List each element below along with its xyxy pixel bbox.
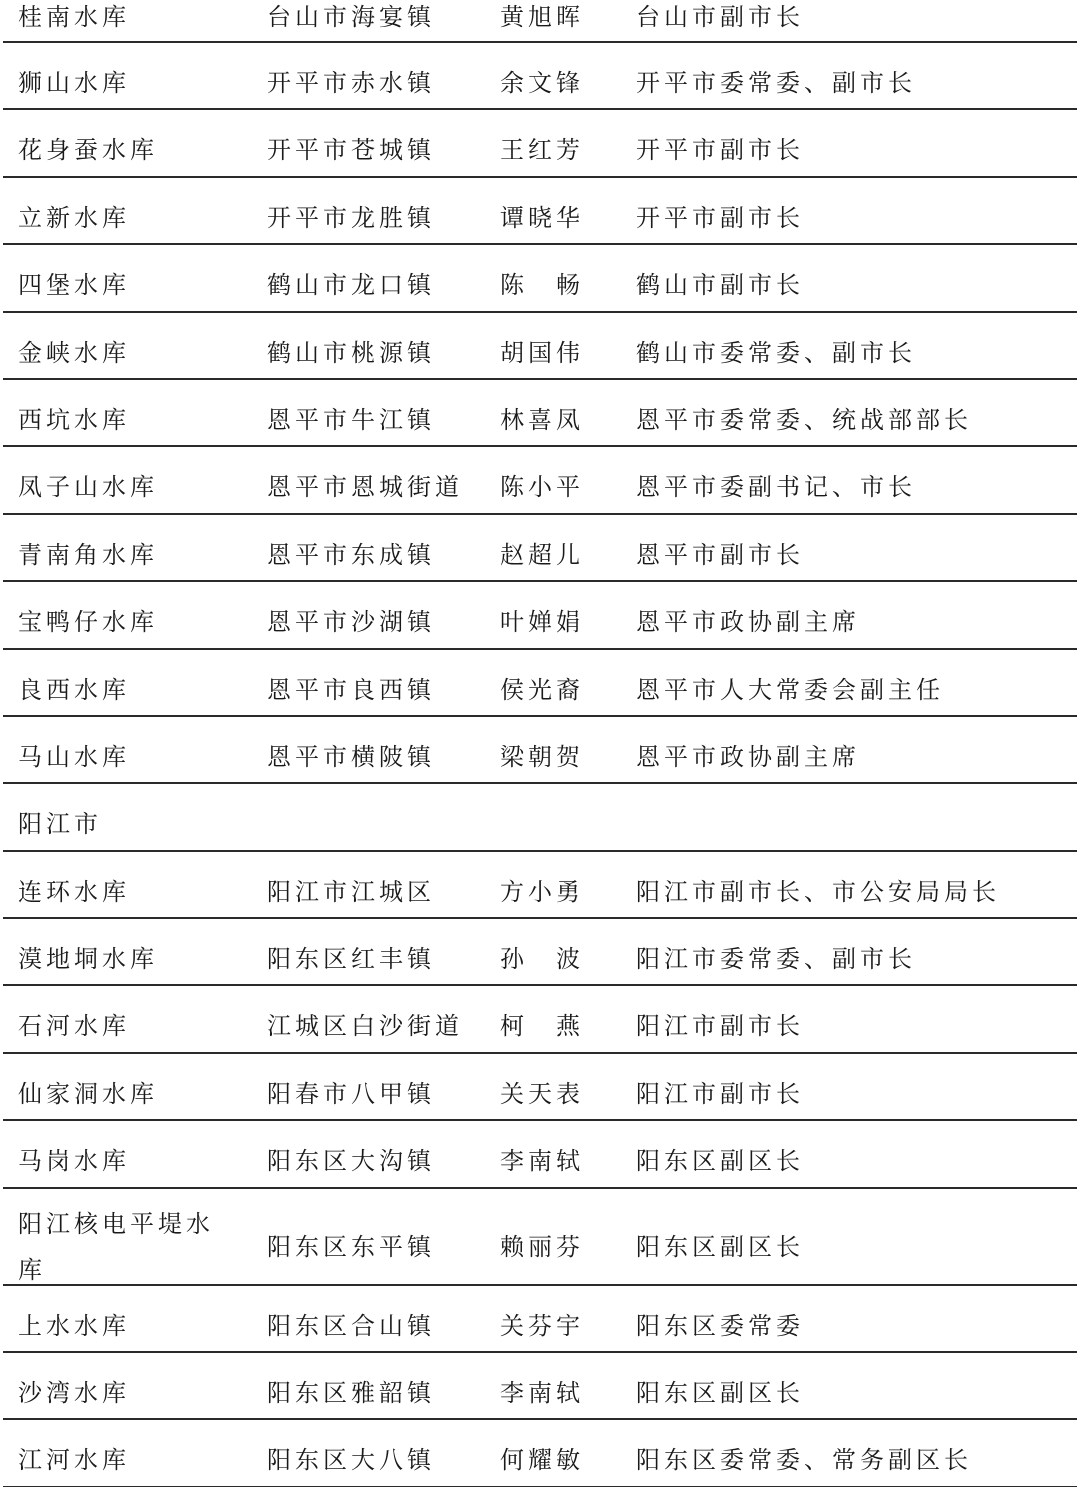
responsible-person: 赖丽芬 [500, 1235, 584, 1259]
table-row: 立新水库 开平市龙胜镇 谭晓华 开平市副市长 [3, 178, 1077, 245]
position-title: 阳江市副市长、市公安局局长 [636, 880, 1000, 904]
table-row: 连环水库 阳江市江城区 方小勇 阳江市副市长、市公安局局长 [3, 852, 1077, 919]
reservoir-name: 西坑水库 [18, 408, 130, 432]
table-row: 石河水库 江城区白沙街道 柯 燕 阳江市副市长 [3, 986, 1077, 1053]
reservoir-name: 凤子山水库 [18, 475, 158, 499]
responsible-person: 王红芳 [500, 138, 584, 162]
table-row: 狮山水库 开平市赤水镇 余文锋 开平市委常委、副市长 [3, 43, 1077, 110]
table-row: 四堡水库 鹤山市龙口镇 陈 畅 鹤山市副市长 [3, 245, 1077, 312]
reservoir-name: 马山水库 [18, 745, 130, 769]
section-row-yangjiang: 阳江市 [3, 784, 1077, 851]
location: 开平市龙胜镇 [267, 206, 435, 230]
position-title: 阳江市副市长 [636, 1082, 804, 1106]
position-title: 阳东区委常委 [636, 1314, 804, 1338]
reservoir-name: 仙家洞水库 [18, 1082, 158, 1106]
reservoir-name: 青南角水库 [18, 543, 158, 567]
table-row: 凤子山水库 恩平市恩城街道 陈小平 恩平市委副书记、市长 [3, 447, 1077, 514]
reservoir-name: 石河水库 [18, 1014, 130, 1038]
responsible-person: 柯 燕 [500, 1014, 584, 1038]
location: 阳东区大沟镇 [267, 1149, 435, 1173]
location: 鹤山市桃源镇 [267, 341, 435, 365]
position-title: 鹤山市副市长 [636, 273, 804, 297]
location: 恩平市沙湖镇 [267, 610, 435, 634]
position-title: 恩平市政协副主席 [636, 745, 860, 769]
responsible-person: 梁朝贺 [500, 745, 584, 769]
table-row: 马岗水库 阳东区大沟镇 李南轼 阳东区副区长 [3, 1121, 1077, 1188]
position-title: 鹤山市委常委、副市长 [636, 341, 916, 365]
table-row: 花身蚕水库 开平市苍城镇 王红芳 开平市副市长 [3, 110, 1077, 177]
reservoir-name: 上水水库 [18, 1314, 130, 1338]
reservoir-name: 金峡水库 [18, 341, 130, 365]
responsible-person: 叶婵娟 [500, 610, 584, 634]
table-row: 桂南水库 台山市海宴镇 黄旭晖 台山市副市长 [3, 0, 1077, 43]
table-row: 良西水库 恩平市良西镇 侯光裔 恩平市人大常委会副主任 [3, 650, 1077, 717]
responsible-person: 陈小平 [500, 475, 584, 499]
position-title: 恩平市政协副主席 [636, 610, 860, 634]
responsible-person: 何耀敏 [500, 1448, 584, 1472]
responsible-person: 方小勇 [500, 880, 584, 904]
reservoir-name: 漠地垌水库 [18, 947, 158, 971]
location: 开平市苍城镇 [267, 138, 435, 162]
reservoir-name: 良西水库 [18, 678, 130, 702]
location: 阳东区红丰镇 [267, 947, 435, 971]
reservoir-name: 四堡水库 [18, 273, 130, 297]
position-title: 阳东区副区长 [636, 1235, 804, 1259]
location: 开平市赤水镇 [267, 71, 435, 95]
responsible-person: 李南轼 [500, 1149, 584, 1173]
reservoir-name: 花身蚕水库 [18, 138, 158, 162]
position-title: 开平市副市长 [636, 206, 804, 230]
responsible-person: 赵超儿 [500, 543, 584, 567]
responsible-person: 关芬宇 [500, 1314, 584, 1338]
table-row: 漠地垌水库 阳东区红丰镇 孙 波 阳江市委常委、副市长 [3, 919, 1077, 986]
responsible-person: 侯光裔 [500, 678, 584, 702]
section-heading: 阳江市 [18, 812, 102, 836]
position-title: 恩平市委常委、统战部部长 [636, 408, 972, 432]
position-title: 恩平市副市长 [636, 543, 804, 567]
reservoir-responsibility-table: 桂南水库 台山市海宴镇 黄旭晖 台山市副市长 狮山水库 开平市赤水镇 余文锋 开… [3, 0, 1077, 1487]
table-row: 上水水库 阳东区合山镇 关芬宇 阳东区委常委 [3, 1286, 1077, 1353]
position-title: 台山市副市长 [636, 5, 804, 29]
table-row: 仙家洞水库 阳春市八甲镇 关天表 阳江市副市长 [3, 1054, 1077, 1121]
location: 恩平市横陂镇 [267, 745, 435, 769]
table-row: 马山水库 恩平市横陂镇 梁朝贺 恩平市政协副主席 [3, 717, 1077, 784]
location: 台山市海宴镇 [267, 5, 435, 29]
reservoir-name: 阳江核电平堤水库 [18, 1201, 228, 1293]
location: 阳春市八甲镇 [267, 1082, 435, 1106]
responsible-person: 余文锋 [500, 71, 584, 95]
position-title: 阳东区副区长 [636, 1381, 804, 1405]
location: 阳江市江城区 [267, 880, 435, 904]
reservoir-name: 江河水库 [18, 1448, 130, 1472]
table-row: 沙湾水库 阳东区雅韶镇 李南轼 阳东区副区长 [3, 1353, 1077, 1420]
table-row: 江河水库 阳东区大八镇 何耀敏 阳东区委常委、常务副区长 [3, 1420, 1077, 1487]
responsible-person: 林喜凤 [500, 408, 584, 432]
reservoir-name: 沙湾水库 [18, 1381, 130, 1405]
reservoir-name: 狮山水库 [18, 71, 130, 95]
table-row: 阳江核电平堤水库 阳东区东平镇 赖丽芬 阳东区副区长 [3, 1189, 1077, 1286]
location: 阳东区雅韶镇 [267, 1381, 435, 1405]
reservoir-name: 宝鸭仔水库 [18, 610, 158, 634]
reservoir-name: 连环水库 [18, 880, 130, 904]
reservoir-name: 桂南水库 [18, 5, 130, 29]
location: 鹤山市龙口镇 [267, 273, 435, 297]
responsible-person: 黄旭晖 [500, 5, 584, 29]
position-title: 阳东区副区长 [636, 1149, 804, 1173]
responsible-person: 胡国伟 [500, 341, 584, 365]
location: 恩平市恩城街道 [267, 475, 463, 499]
location: 阳东区合山镇 [267, 1314, 435, 1338]
location: 阳东区大八镇 [267, 1448, 435, 1472]
location: 阳东区东平镇 [267, 1235, 435, 1259]
location: 江城区白沙街道 [267, 1014, 463, 1038]
location: 恩平市牛江镇 [267, 408, 435, 432]
responsible-person: 谭晓华 [500, 206, 584, 230]
position-title: 开平市副市长 [636, 138, 804, 162]
position-title: 阳江市委常委、副市长 [636, 947, 916, 971]
table-row: 金峡水库 鹤山市桃源镇 胡国伟 鹤山市委常委、副市长 [3, 313, 1077, 380]
table-row: 青南角水库 恩平市东成镇 赵超儿 恩平市副市长 [3, 515, 1077, 582]
position-title: 开平市委常委、副市长 [636, 71, 916, 95]
location: 恩平市东成镇 [267, 543, 435, 567]
responsible-person: 陈 畅 [500, 273, 584, 297]
responsible-person: 孙 波 [500, 947, 584, 971]
table-row: 西坑水库 恩平市牛江镇 林喜凤 恩平市委常委、统战部部长 [3, 380, 1077, 447]
position-title: 阳江市副市长 [636, 1014, 804, 1038]
table-row: 宝鸭仔水库 恩平市沙湖镇 叶婵娟 恩平市政协副主席 [3, 582, 1077, 649]
responsible-person: 李南轼 [500, 1381, 584, 1405]
reservoir-name: 马岗水库 [18, 1149, 130, 1173]
reservoir-name: 立新水库 [18, 206, 130, 230]
position-title: 恩平市委副书记、市长 [636, 475, 916, 499]
position-title: 阳东区委常委、常务副区长 [636, 1448, 972, 1472]
responsible-person: 关天表 [500, 1082, 584, 1106]
location: 恩平市良西镇 [267, 678, 435, 702]
position-title: 恩平市人大常委会副主任 [636, 678, 944, 702]
